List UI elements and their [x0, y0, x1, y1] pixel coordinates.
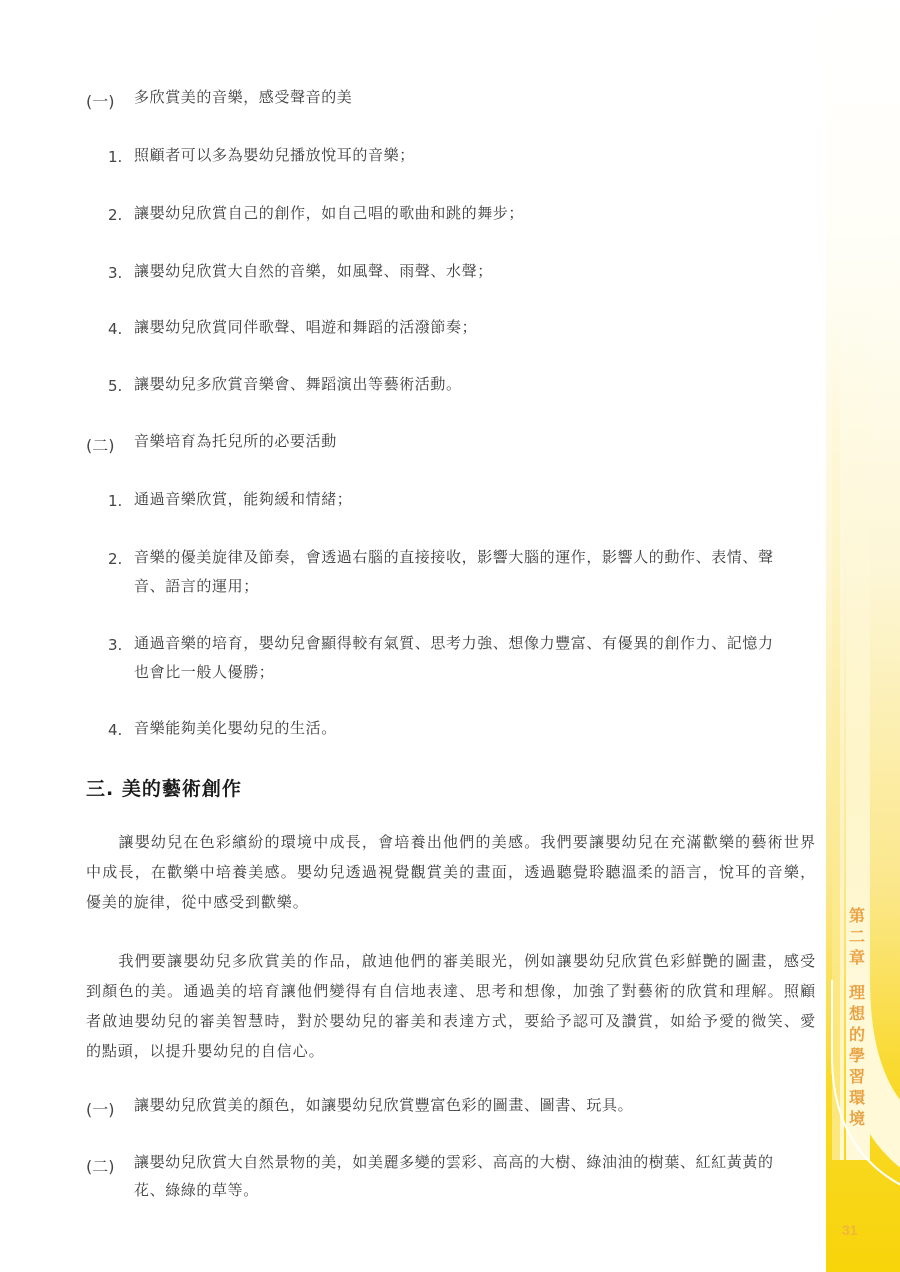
list-item: 照顧者可以多為嬰幼兒播放悅耳的音樂；: [134, 148, 415, 163]
list-number: 1.: [108, 492, 122, 510]
list-number: 2.: [108, 206, 122, 224]
section-marker: (一): [86, 89, 115, 112]
paragraph: 讓嬰幼兒在色彩繽紛的環境中成長，會培養出他們的美感。我們要讓嬰幼兒在充滿歡樂的藝…: [86, 827, 816, 917]
list-number: 1.: [108, 148, 122, 166]
list-item: 讓嬰幼兒欣賞大自然的音樂，如風聲、雨聲、水聲；: [134, 264, 493, 279]
list-number: 2.: [108, 550, 122, 568]
section-title: 音樂培育為托兒所的必要活動: [134, 434, 337, 449]
list-item-continuation: 也會比一般人優勝；: [134, 665, 274, 680]
list-item: 通過音樂欣賞，能夠緩和情緒；: [134, 492, 352, 507]
list-item: 讓嬰幼兒欣賞美的顏色，如讓嬰幼兒欣賞豐富色彩的圖畫、圖書、玩具。: [134, 1098, 633, 1113]
list-item-continuation: 音、語言的運用；: [134, 579, 259, 594]
list-number: 4.: [108, 320, 122, 338]
page-number: 31: [842, 1222, 858, 1238]
document-page: (一) 多欣賞美的音樂，感受聲音的美 1. 照顧者可以多為嬰幼兒播放悅耳的音樂；…: [0, 0, 900, 1272]
list-item: 讓嬰幼兒欣賞同伴歌聲、唱遊和舞蹈的活潑節奏；: [134, 320, 477, 335]
list-item: 音樂的優美旋律及節奏，會透過右腦的直接接收，影響大腦的運作，影響人的動作、表情、…: [134, 550, 774, 565]
list-item-continuation: 花、綠綠的草等。: [134, 1183, 259, 1198]
section-heading: 三. 美的藝術創作: [86, 774, 242, 801]
list-item: 讓嬰幼兒多欣賞音樂會、舞蹈演出等藝術活動。: [134, 377, 462, 392]
list-number: 4.: [108, 721, 122, 739]
paragraph: 我們要讓嬰幼兒多欣賞美的作品，啟迪他們的審美眼光，例如讓嬰幼兒欣賞色彩鮮艷的圖畫…: [86, 946, 816, 1066]
list-item: 音樂能夠美化嬰幼兒的生活。: [134, 721, 337, 736]
section-title: 多欣賞美的音樂，感受聲音的美: [134, 90, 352, 105]
chapter-title-vertical: 第 二 章 理 想 的 學 習 環 境: [845, 905, 869, 1129]
list-number: 5.: [108, 377, 122, 395]
list-number: 3.: [108, 636, 122, 654]
list-item: 讓嬰幼兒欣賞自己的創作，如自己唱的歌曲和跳的舞步；: [134, 206, 524, 221]
section-marker: (一): [86, 1097, 115, 1120]
list-item: 讓嬰幼兒欣賞大自然景物的美，如美麗多變的雲彩、高高的大樹、綠油油的樹葉、紅紅黃黃…: [134, 1155, 774, 1170]
section-marker: (二): [86, 1154, 115, 1177]
section-marker: (二): [86, 433, 115, 456]
list-number: 3.: [108, 264, 122, 282]
list-item: 通過音樂的培育，嬰幼兒會顯得較有氣質、思考力強、想像力豐富、有優異的創作力、記憶…: [134, 636, 774, 651]
